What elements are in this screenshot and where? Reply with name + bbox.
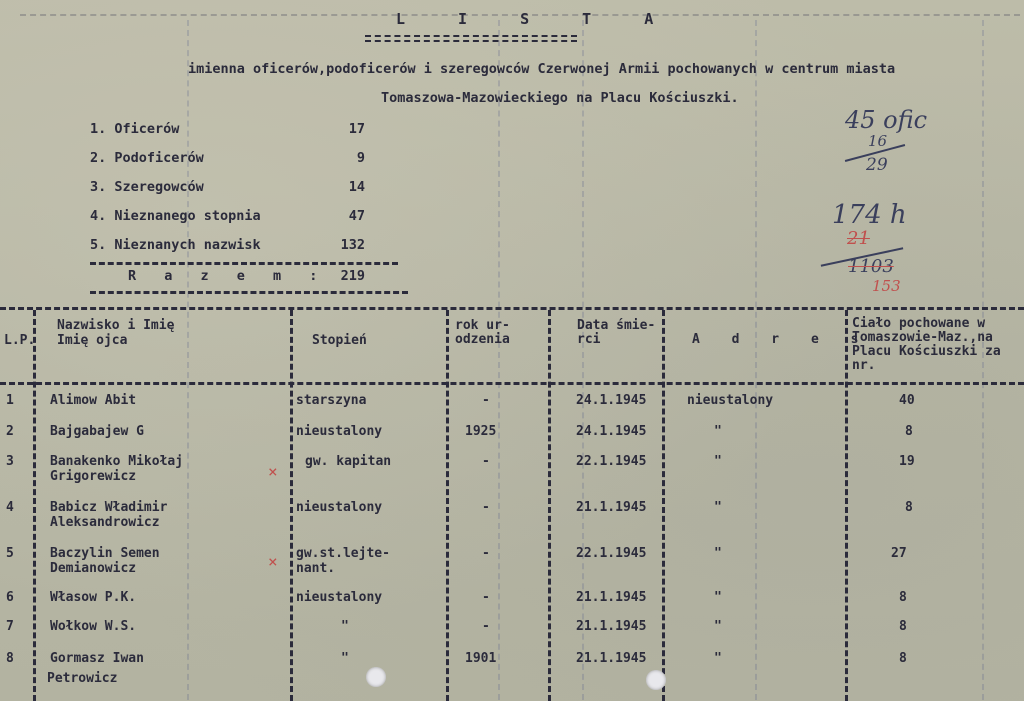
row-birth: - [482, 393, 490, 408]
row-rank: gw.st.lejte- [296, 546, 390, 561]
row-birth: 1901 [465, 651, 496, 666]
summary-label: 4. Nieznanego stopnia [90, 208, 261, 224]
row-grave: 19 [899, 454, 915, 469]
row-death: 24.1.1945 [576, 424, 646, 439]
summary-value: 17 [305, 121, 365, 137]
row-death: 24.1.1945 [576, 393, 646, 408]
row-rank: nieustalony [296, 500, 382, 515]
row-lp: 1 [6, 393, 14, 408]
row-grave: 27 [891, 546, 907, 561]
row-death: 22.1.1945 [576, 546, 646, 561]
row-name: Baczylin Semen [50, 546, 160, 561]
row-address: " [714, 500, 722, 515]
row-death: 22.1.1945 [576, 454, 646, 469]
handwritten-note-officers-sub: 16 [868, 132, 887, 150]
handwritten-note-total-corrected: 153 [872, 277, 901, 295]
punch-hole [646, 670, 666, 690]
row-grave: 8 [905, 424, 913, 439]
row-lp: 4 [6, 500, 14, 515]
header-address: A d r e s [692, 332, 870, 347]
row-rank: nieustalony [296, 424, 382, 439]
row-address: " [714, 424, 722, 439]
row-rank: " [341, 651, 349, 666]
handwritten-note-officers: 45 ofic [845, 106, 927, 134]
row-death: 21.1.1945 [576, 619, 646, 634]
row-rank: nieustalony [296, 590, 382, 605]
header-grave-line1: Ciało pochowane w [852, 316, 985, 331]
header-grave-line2: Tomaszowie-Maz.,na [852, 330, 993, 345]
summary-divider [90, 262, 398, 265]
summary-total-divider [90, 291, 408, 294]
summary-value: 14 [305, 179, 365, 195]
summary-total-value: 219 [305, 268, 365, 284]
header-death-line2: rci [577, 332, 600, 347]
row-address: " [714, 651, 722, 666]
row-death: 21.1.1945 [576, 500, 646, 515]
summary-label: 5. Nieznanych nazwisk [90, 237, 261, 253]
row-patronymic: Grigorewicz [50, 469, 136, 484]
row-birth: - [482, 590, 490, 605]
row-lp: 6 [6, 590, 14, 605]
row-name: Babicz Władimir [50, 500, 167, 515]
header-name-line2: Imię ojca [57, 333, 127, 348]
handwritten-note-total-result: 1103 [848, 256, 894, 277]
punch-hole [366, 667, 386, 687]
row-birth: - [482, 619, 490, 634]
summary-item: 1. Oficerów 17 [90, 121, 410, 150]
red-x-mark-icon: × [268, 552, 278, 571]
summary-list: 1. Oficerów 17 2. Podoficerów 9 3. Szere… [90, 121, 410, 266]
row-lp: 2 [6, 424, 14, 439]
table-row: 4 Babicz Władimir Aleksandrowicz nieusta… [0, 500, 1024, 540]
row-name: Własow P.K. [50, 590, 136, 605]
row-rank: " [341, 619, 349, 634]
table-top-border [0, 307, 1024, 310]
handwritten-note-total-sub: 21 [847, 228, 870, 249]
row-birth: 1925 [465, 424, 496, 439]
row-grave: 8 [905, 500, 913, 515]
summary-label: 3. Szeregowców [90, 179, 204, 195]
header-birth-line2: odzenia [455, 332, 510, 347]
row-address: " [714, 619, 722, 634]
header-rank: Stopień [312, 333, 367, 348]
handwritten-note-total: 174 h [832, 200, 907, 230]
table-header-border [0, 382, 1024, 385]
table-row: 6 Własow P.K. nieustalony - 21.1.1945 " … [0, 590, 1024, 618]
row-name: Bajgabajew G [50, 424, 144, 439]
row-birth: - [482, 500, 490, 515]
row-rank: gw. kapitan [305, 454, 391, 469]
document-title: L I S T A [396, 10, 675, 28]
table-row: 5 Baczylin Semen Demianowicz × gw.st.lej… [0, 546, 1024, 586]
row-address: nieustalony [687, 393, 773, 408]
row-lp: 8 [6, 651, 14, 666]
table-row: 3 Banakenko Mikołaj Grigorewicz × gw. ka… [0, 454, 1024, 494]
row-patronymic: Petrowicz [47, 671, 117, 686]
row-grave: 40 [899, 393, 915, 408]
summary-item: 2. Podoficerów 9 [90, 150, 410, 179]
row-death: 21.1.1945 [576, 651, 646, 666]
header-grave-line4: nr. [852, 358, 875, 373]
table-row: 2 Bajgabajew G nieustalony 1925 24.1.194… [0, 424, 1024, 452]
summary-value: 132 [305, 237, 365, 253]
table-row: 7 Wołkow W.S. " - 21.1.1945 " 8 [0, 619, 1024, 647]
row-address: " [714, 546, 722, 561]
table-row: 1 Alimow Abit starszyna - 24.1.1945 nieu… [0, 393, 1024, 421]
document-subtitle-line2: Tomaszowa-Mazowieckiego na Placu Kościus… [381, 90, 739, 106]
summary-label: 2. Podoficerów [90, 150, 204, 166]
row-lp: 7 [6, 619, 14, 634]
summary-value: 47 [305, 208, 365, 224]
row-name: Gormasz Iwan [50, 651, 144, 666]
row-name: Banakenko Mikołaj [50, 454, 183, 469]
handwritten-note-officers-result: 29 [866, 155, 888, 175]
header-death-line1: Data śmie- [577, 318, 655, 333]
row-rank-cont: nant. [296, 561, 335, 576]
header-lp: L.P. [4, 333, 35, 348]
row-lp: 5 [6, 546, 14, 561]
row-birth: - [482, 546, 490, 561]
header-birth-line1: rok ur- [455, 318, 510, 333]
summary-label: 1. Oficerów [90, 121, 179, 137]
row-rank: starszyna [296, 393, 366, 408]
summary-item: 4. Nieznanego stopnia 47 [90, 208, 410, 237]
row-birth: - [482, 454, 490, 469]
summary-value: 9 [305, 150, 365, 166]
row-grave: 8 [899, 619, 907, 634]
summary-item: 3. Szeregowców 14 [90, 179, 410, 208]
row-name: Wołkow W.S. [50, 619, 136, 634]
row-patronymic: Demianowicz [50, 561, 136, 576]
row-address: " [714, 590, 722, 605]
title-underline [365, 35, 577, 42]
table-row: 8 Gormasz Iwan Petrowicz " 1901 21.1.194… [0, 651, 1024, 691]
row-address: " [714, 454, 722, 469]
row-lp: 3 [6, 454, 14, 469]
document-subtitle-line1: imienna oficerów,podoficerów i szeregowc… [188, 61, 895, 77]
row-name: Alimow Abit [50, 393, 136, 408]
red-x-mark-icon: × [268, 462, 278, 481]
row-patronymic: Aleksandrowicz [50, 515, 160, 530]
header-grave-line3: Placu Kościuszki za [852, 344, 1001, 359]
row-grave: 8 [899, 590, 907, 605]
header-name-line1: Nazwisko i Imię [57, 318, 174, 333]
row-grave: 8 [899, 651, 907, 666]
summary-total-label: R a z e m : [128, 268, 327, 284]
row-death: 21.1.1945 [576, 590, 646, 605]
